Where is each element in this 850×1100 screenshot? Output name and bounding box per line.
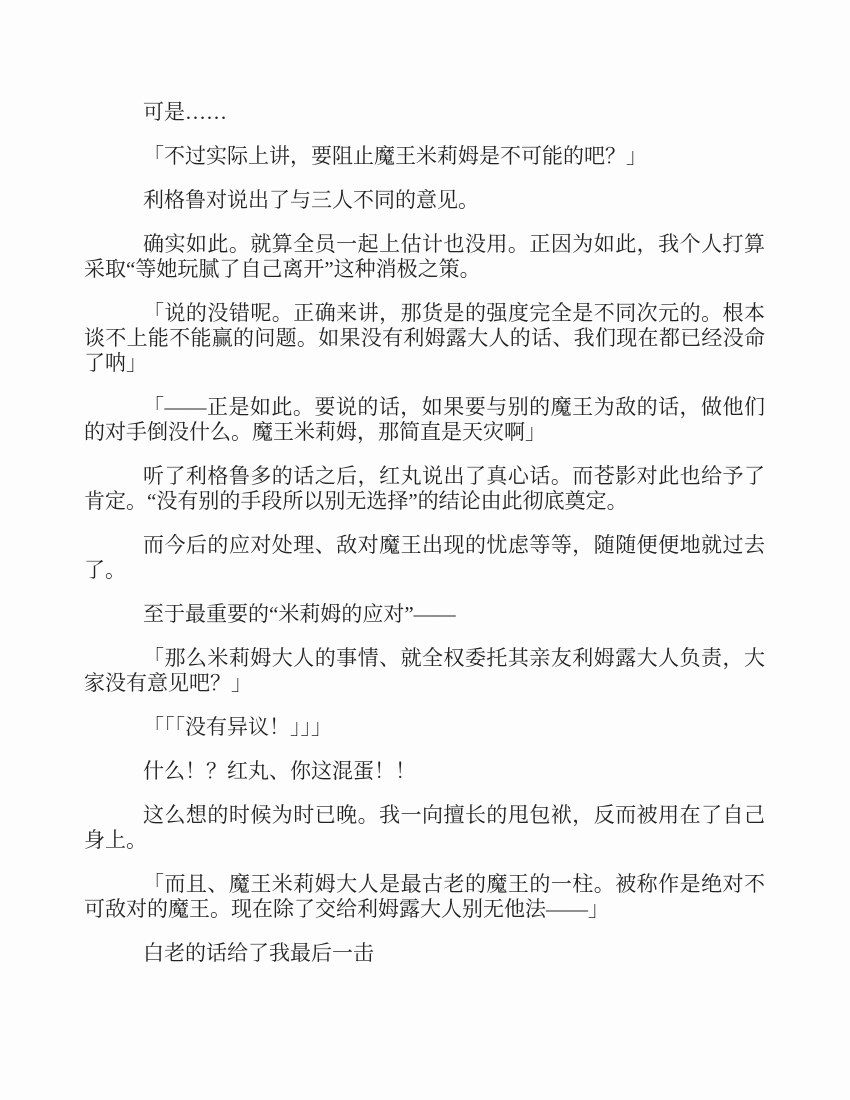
paragraph: 利格鲁对说出了与三人不同的意见。 <box>84 188 765 213</box>
paragraph: 至于最重要的“米莉姆的应对”—— <box>84 602 765 627</box>
paragraph: 「那么米莉姆大人的事情、就全权委托其亲友利姆露大人负责，大家没有意见吧？」 <box>84 646 765 696</box>
paragraph: 「而且、魔王米莉姆大人是最古老的魔王的一柱。被称作是绝对不可敌对的魔王。现在除了… <box>84 872 765 922</box>
text-block: 可是……「不过实际上讲，要阻止魔王米莉姆是不可能的吧？」利格鲁对说出了与三人不同… <box>84 100 765 985</box>
paragraph: 听了利格鲁多的话之后，红丸说出了真心话。而苍影对此也给予了肯定。“没有别的手段所… <box>84 464 765 514</box>
paragraph: 「「「没有异议！」」」 <box>84 715 765 740</box>
paragraph: 白老的话给了我最后一击 <box>84 941 765 966</box>
paragraph: 什么！？红丸、你这混蛋！！ <box>84 759 765 784</box>
paragraph: 「说的没错呢。正确来讲，那货是的强度完全是不同次元的。根本谈不上能不能赢的问题。… <box>84 301 765 376</box>
paragraph: 而今后的应对处理、敌对魔王出现的忧虑等等，随随便便地就过去了。 <box>84 533 765 583</box>
paragraph: 「——正是如此。要说的话，如果要与别的魔王为敌的话，做他们的对手倒没什么。魔王米… <box>84 395 765 445</box>
document-page: 可是……「不过实际上讲，要阻止魔王米莉姆是不可能的吧？」利格鲁对说出了与三人不同… <box>0 0 850 1100</box>
paragraph: 「不过实际上讲，要阻止魔王米莉姆是不可能的吧？」 <box>84 144 765 169</box>
paragraph: 可是…… <box>84 100 765 125</box>
paragraph: 这么想的时候为时已晚。我一向擅长的甩包袱，反而被用在了自己身上。 <box>84 803 765 853</box>
paragraph: 确实如此。就算全员一起上估计也没用。正因为如此，我个人打算采取“等她玩腻了自己离… <box>84 232 765 282</box>
